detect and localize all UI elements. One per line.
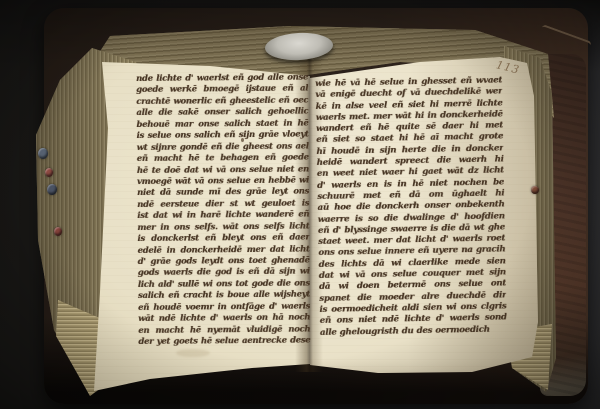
page-speck [241, 138, 244, 142]
left-page-text: nde lichte d' waerlst eñ god alle onsego… [136, 72, 310, 348]
photo-open-manuscript-book: nde lichte d' waerlst eñ god alle onsego… [0, 0, 600, 409]
fore-edge-marker-bead [45, 168, 53, 177]
fore-edge-marker-bead [47, 184, 57, 195]
fore-edge-marker-bead [54, 227, 62, 236]
fore-edge-marker-bead [38, 148, 48, 159]
right-page-text: wie hē vā hē selue in ghesset eñ wvaetvā… [315, 75, 507, 338]
clasp-stud [531, 186, 539, 194]
page-stain [176, 349, 210, 357]
manuscript-line: der yet goets hē selue aentrecke dese [138, 336, 310, 349]
